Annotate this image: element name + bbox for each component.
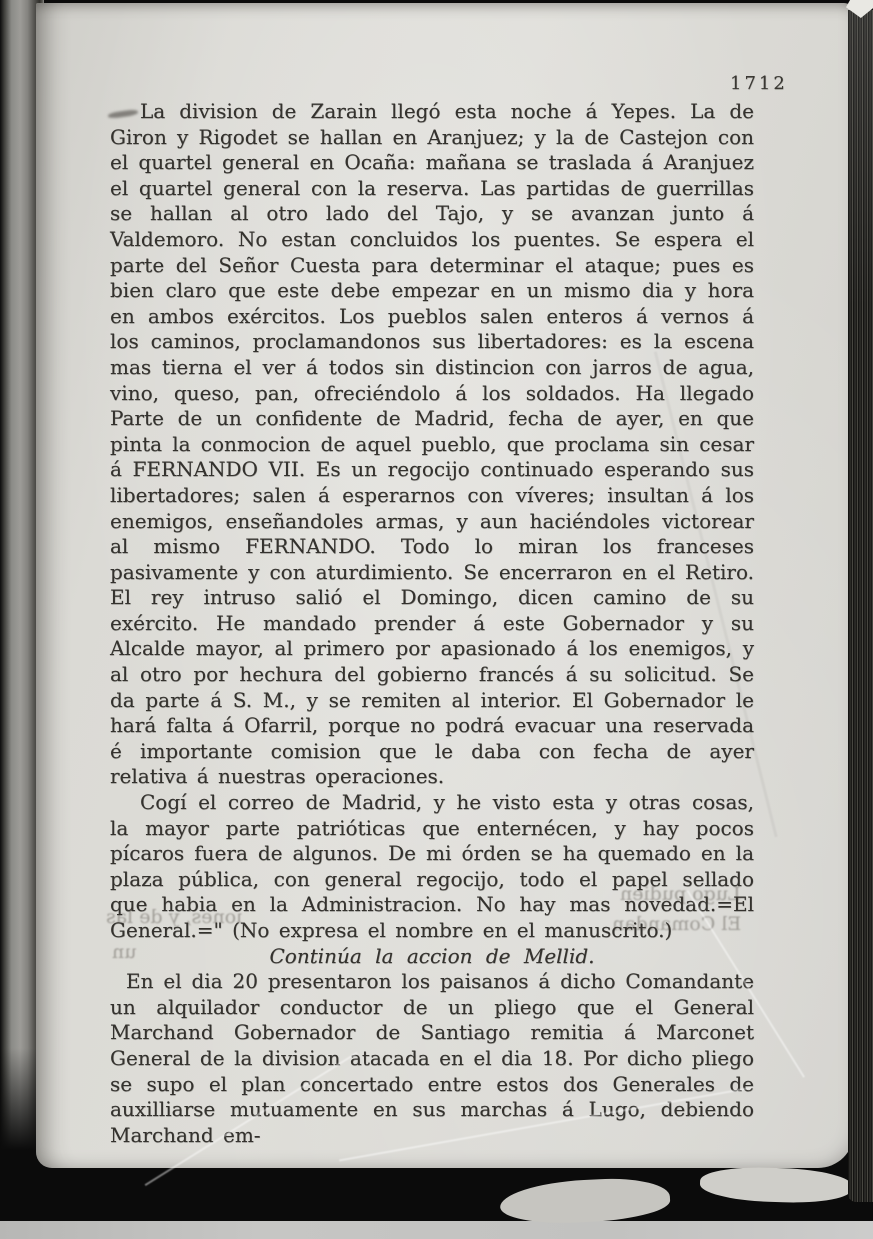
- book-page: 1712 La division de Zarain llegó esta no…: [36, 3, 854, 1168]
- show-through-ghost-text: iones, y de las: [106, 906, 242, 928]
- paragraph-1: La division de Zarain llegó esta noche á…: [110, 99, 754, 790]
- paragraph-3: En el dia 20 presentaron los paisanos á …: [110, 969, 754, 1148]
- book-scan-photo: 1712 La division de Zarain llegó esta no…: [0, 0, 873, 1239]
- book-fore-edge: [848, 10, 873, 1202]
- body-text: La division de Zarain llegó esta noche á…: [110, 99, 754, 1148]
- scanner-bed-strip: [0, 1221, 873, 1239]
- page-corner-highlight: [699, 1165, 852, 1204]
- show-through-ghost-text: un: [112, 941, 136, 963]
- show-through-ghost-text: El Comandan: [612, 913, 741, 935]
- page-number: 1712: [730, 73, 788, 94]
- page-corner-highlight: [499, 1176, 671, 1227]
- section-heading: Continúa la accion de Mellid.: [110, 944, 754, 970]
- show-through-ghost-text: Lugo pudien: [620, 883, 741, 905]
